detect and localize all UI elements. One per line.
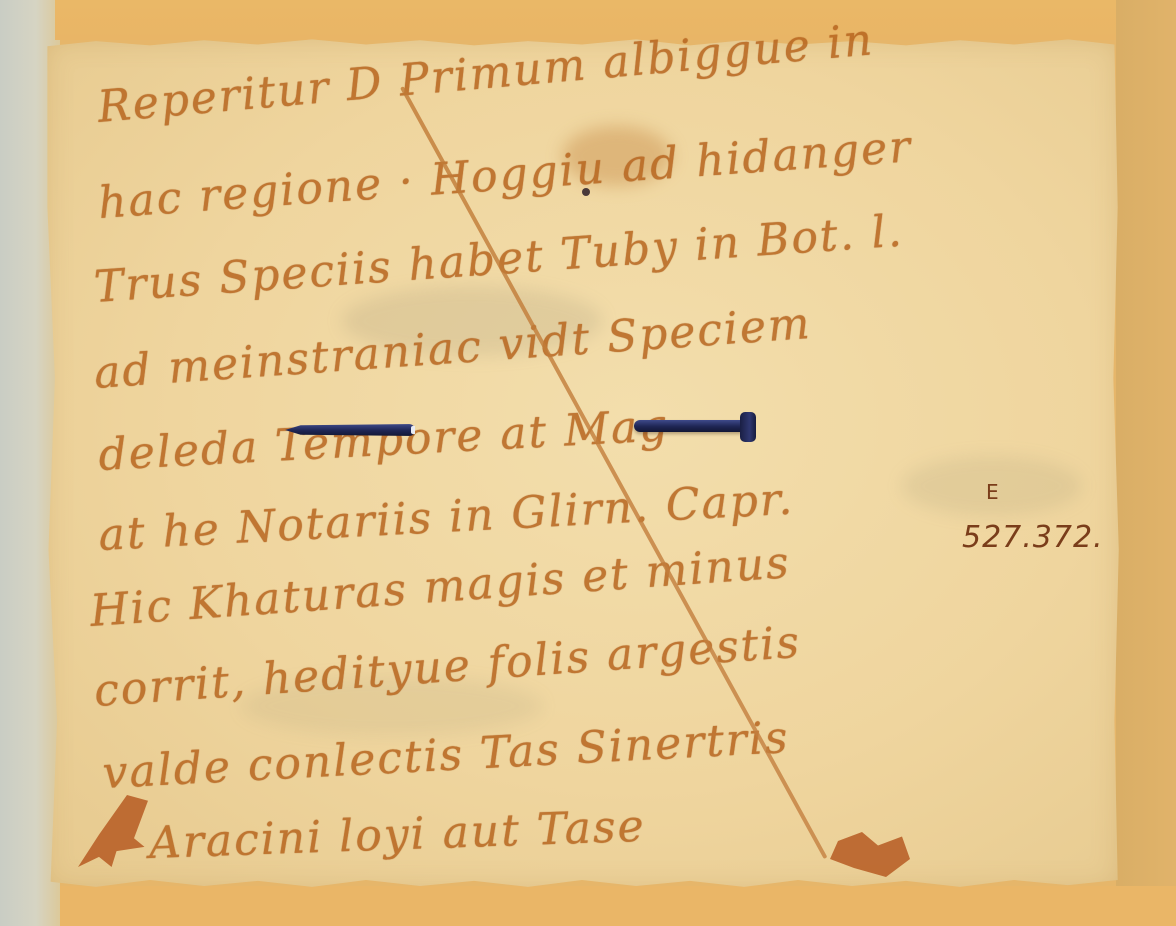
background-top (55, 0, 1176, 40)
background-bottom (60, 886, 1176, 926)
background-right (1116, 0, 1176, 926)
catalog-superscript: E (986, 486, 999, 498)
ink-dot (582, 188, 590, 196)
pin-head (740, 412, 756, 442)
catalog-number: 527.372. (962, 520, 1104, 555)
pin-right (634, 420, 746, 432)
pin-left (285, 424, 415, 436)
